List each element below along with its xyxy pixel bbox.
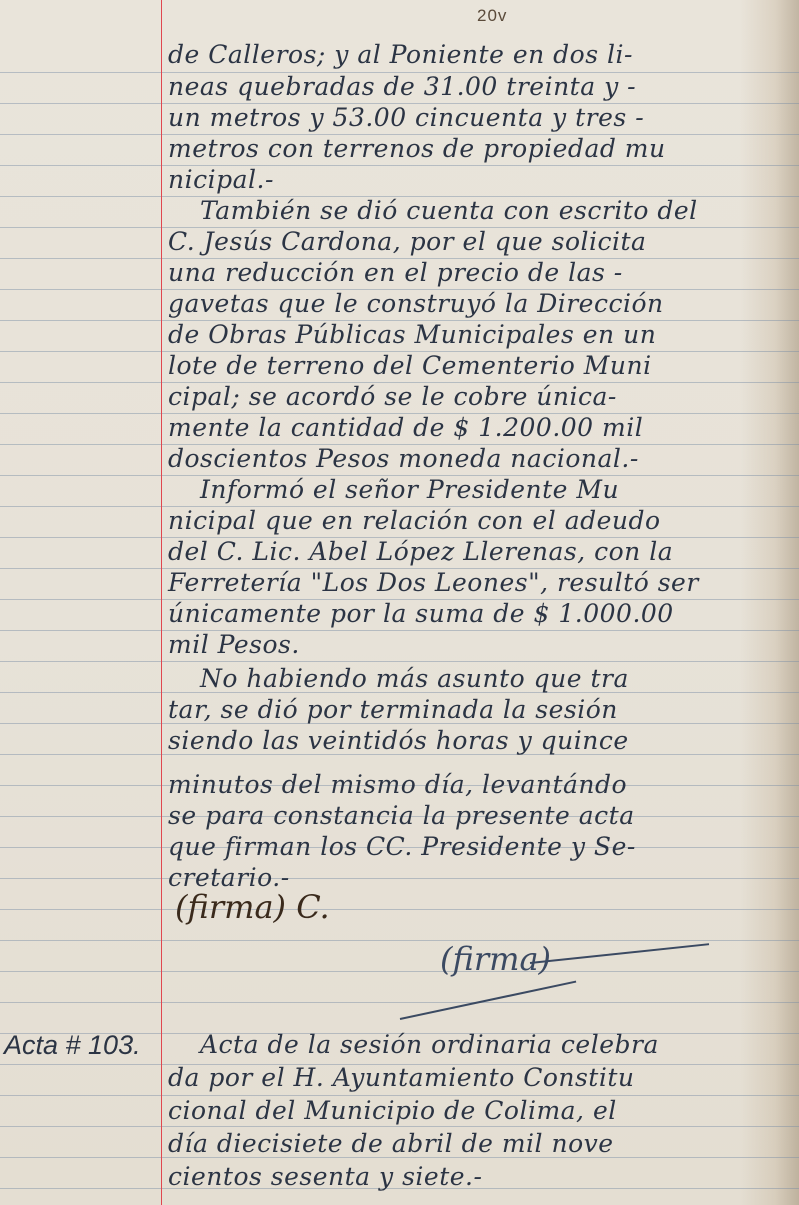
text-line: Ferretería "Los Dos Leones", resultó ser (168, 568, 699, 597)
acta-103-line: cional del Municipio de Colima, el (168, 1096, 617, 1125)
text-line: metros con terrenos de propiedad mu (168, 134, 666, 163)
acta-103-line: da por el H. Ayuntamiento Constitu (168, 1063, 635, 1092)
ruled-line (0, 1126, 799, 1127)
ledger-page: 20v de Calleros; y al Poniente en dos li… (0, 0, 799, 1205)
text-line: C. Jesús Cardona, por el que solicita (168, 227, 646, 256)
text-line: del C. Lic. Abel López Llerenas, con la (168, 537, 673, 566)
text-line: únicamente por la suma de $ 1.000.00 (168, 599, 674, 628)
ruled-line (0, 165, 799, 166)
text-line: gavetas que le construyó la Dirección (168, 289, 664, 318)
signature-presidente: (firma) C. (175, 888, 330, 926)
text-line: de Obras Públicas Municipales en un (168, 320, 656, 349)
text-line: También se dió cuenta con escrito del (200, 196, 698, 225)
ruled-line (0, 909, 799, 910)
ruled-line (0, 661, 799, 662)
ruled-line (0, 1002, 799, 1003)
text-line: mente la cantidad de $ 1.200.00 mil (168, 413, 643, 442)
text-line: tar, se dió por terminada la sesión (168, 695, 618, 724)
acta-103-line: día diecisiete de abril de mil nove (168, 1129, 614, 1158)
text-line: neas quebradas de 31.00 treinta y - (168, 72, 636, 101)
text-line: cipal; se acordó se le cobre única- (168, 382, 617, 411)
text-line: doscientos Pesos moneda nacional.- (168, 444, 639, 473)
ruled-line (0, 878, 799, 879)
text-line: nicipal que en relación con el adeudo (168, 506, 661, 535)
folio-number: 20v (477, 6, 507, 26)
ruled-line (0, 971, 799, 972)
text-line: No habiendo más asunto que tra (200, 664, 629, 693)
text-line: de Calleros; y al Poniente en dos li- (168, 40, 633, 69)
text-line: que firman los CC. Presidente y Se- (168, 832, 636, 861)
text-line: un metros y 53.00 cincuenta y tres - (168, 103, 644, 132)
text-line: mil Pesos. (168, 630, 300, 659)
acta-103-line: cientos sesenta y siete.- (168, 1162, 482, 1191)
acta-103-line: Acta de la sesión ordinaria celebra (200, 1030, 659, 1059)
ruled-line (0, 630, 799, 631)
text-line: lote de terreno del Cementerio Muni (168, 351, 652, 380)
red-margin-rule (161, 0, 162, 1205)
text-line: se para constancia la presente acta (168, 801, 635, 830)
acta-number-margin-note: Acta # 103. (4, 1030, 141, 1061)
text-line: una reducción en el precio de las - (168, 258, 623, 287)
signature-secretario: (firma) (440, 940, 551, 978)
text-line: nicipal.- (168, 165, 274, 194)
ruled-line (0, 940, 799, 941)
signature-flourish (530, 943, 709, 964)
text-line: minutos del mismo día, levantándo (168, 770, 627, 799)
signature-flourish (400, 981, 576, 1020)
text-line: Informó el señor Presidente Mu (200, 475, 619, 504)
text-line: siendo las veintidós horas y quince (168, 726, 629, 755)
